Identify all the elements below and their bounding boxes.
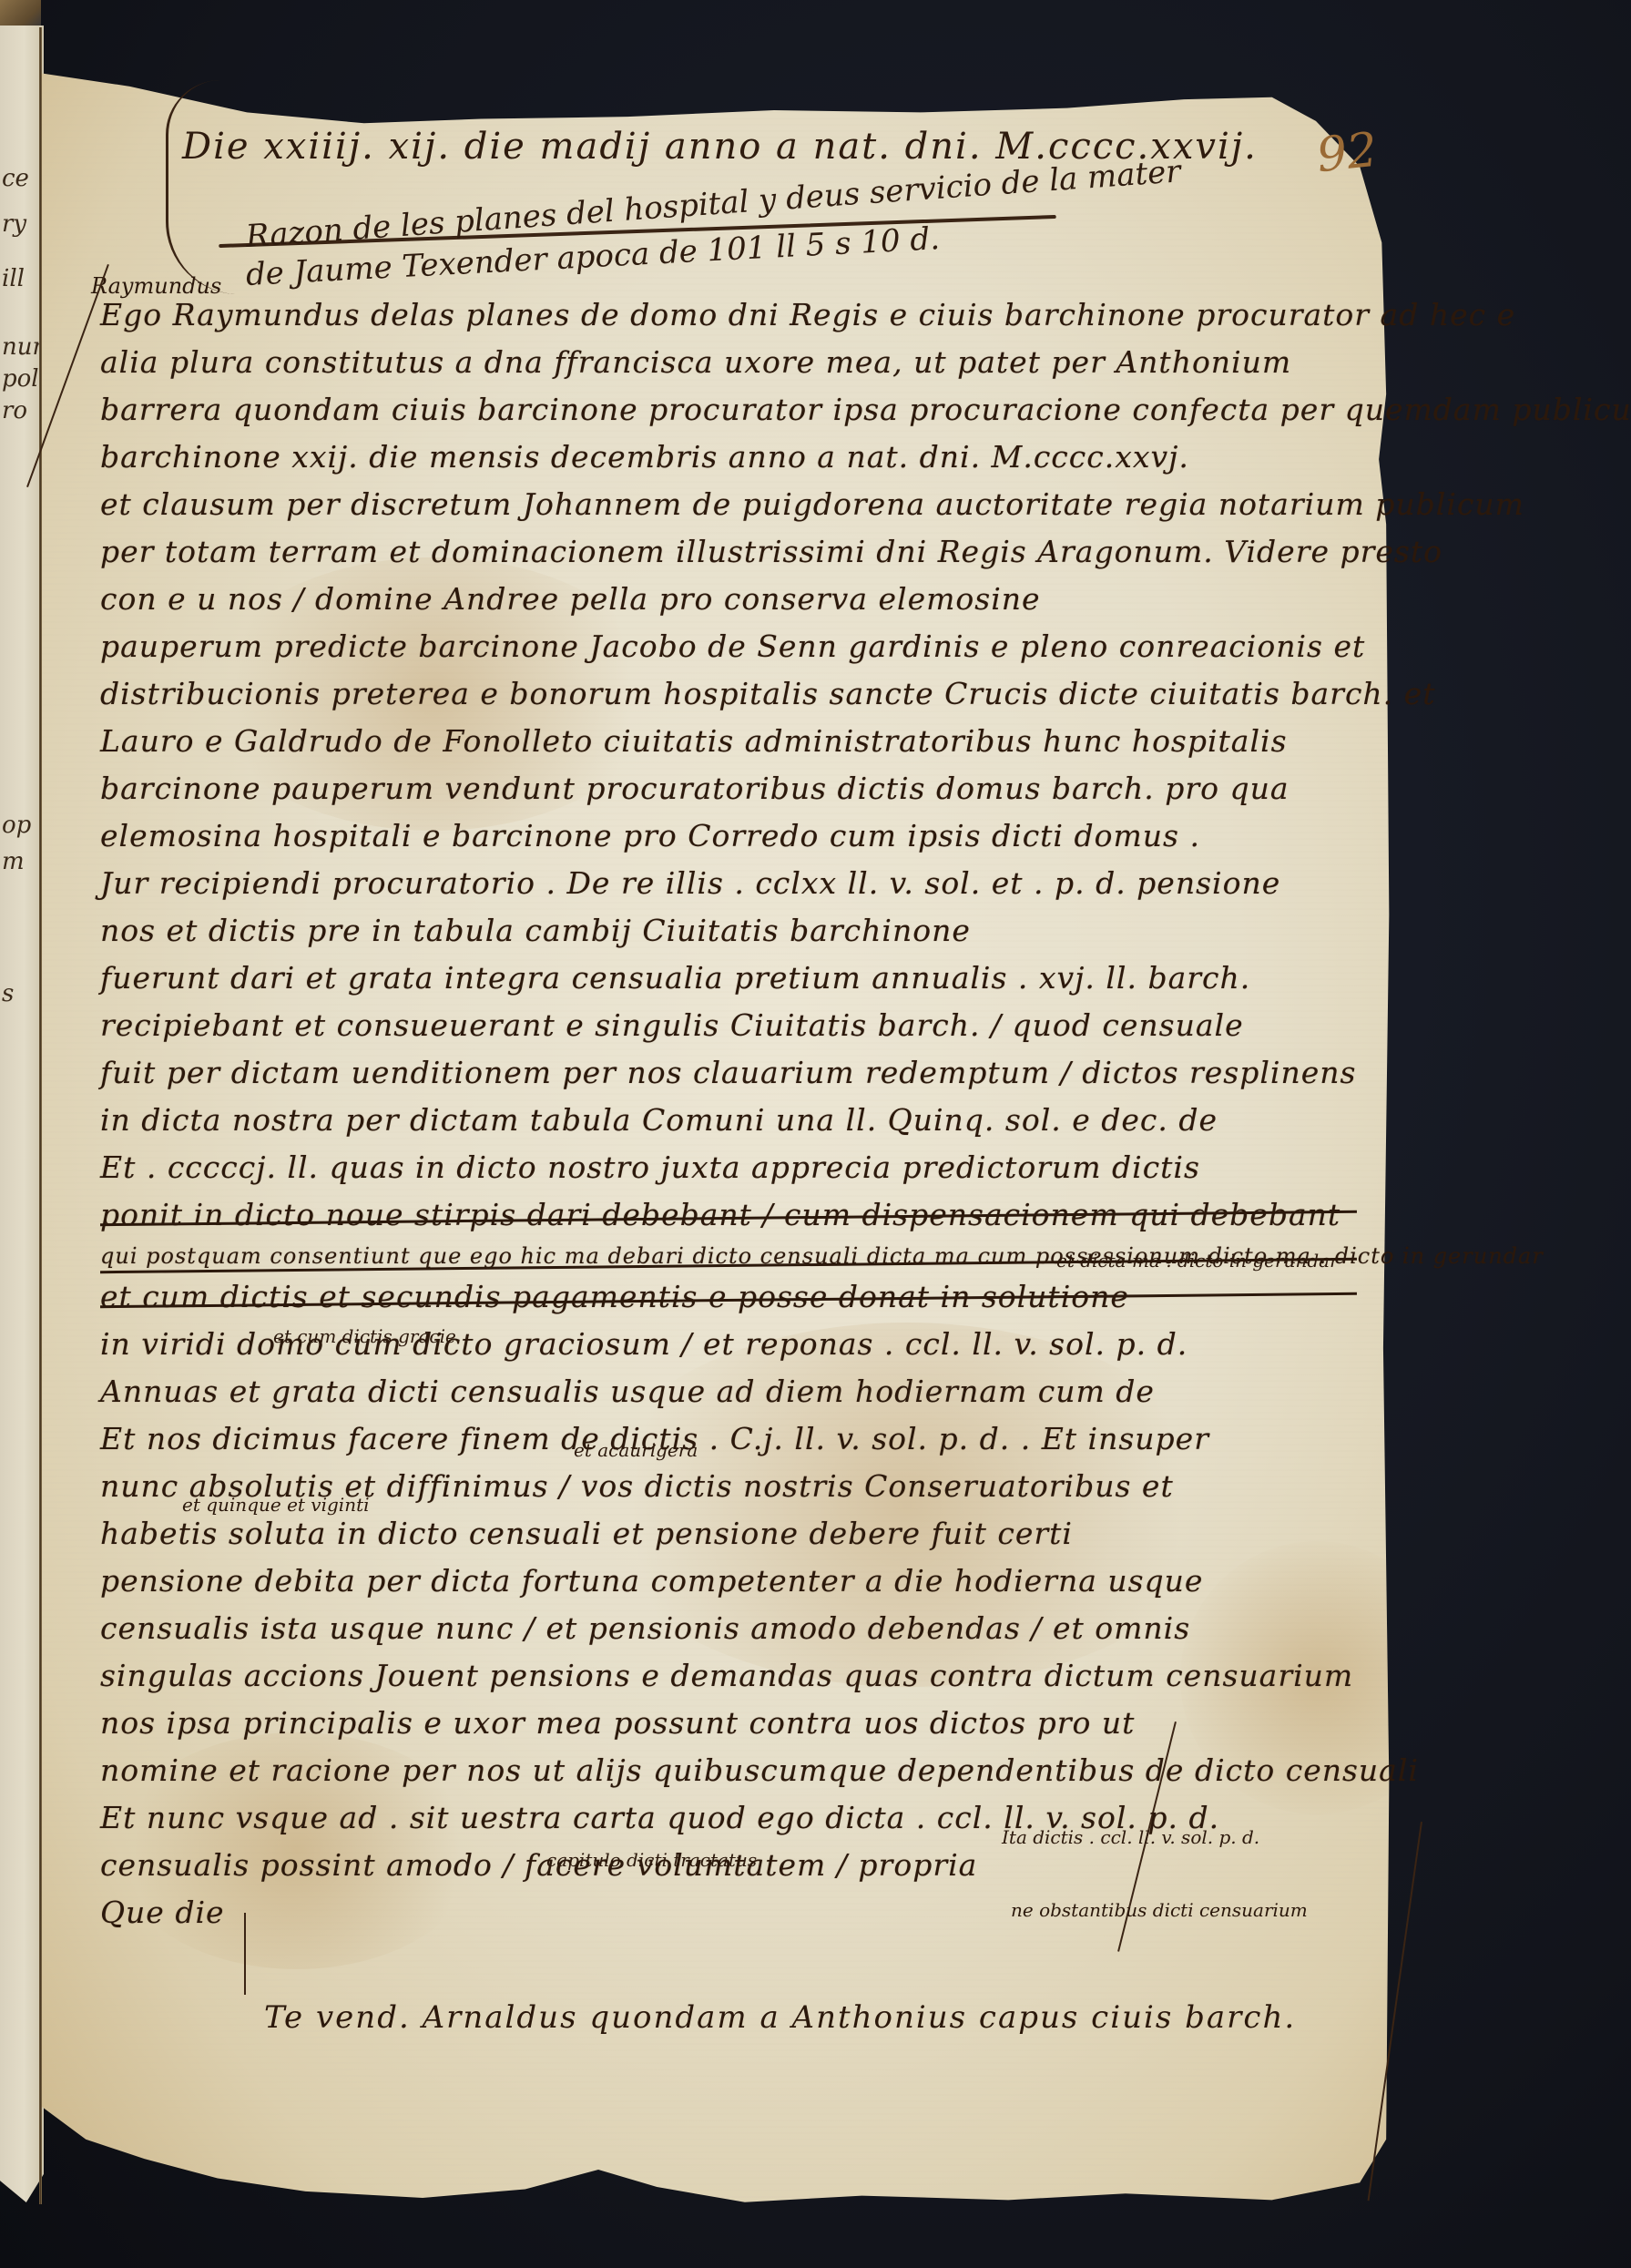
text-line: Annuas et grata dicti censualis usque ad… bbox=[100, 1368, 1412, 1415]
facing-page-fragment: pol bbox=[2, 367, 39, 391]
text-line: Jur recipiendi procuratorio . De re illi… bbox=[100, 860, 1412, 907]
facing-page-fragment: s bbox=[2, 982, 14, 1006]
interlinear-insertion: et cum dictis gracie bbox=[273, 1325, 456, 1347]
text-line: con e u nos / domine Andree pella pro co… bbox=[100, 576, 1412, 623]
text-line: nomine et racione per nos ut alijs quibu… bbox=[100, 1747, 1412, 1794]
text-line: habetis soluta in dicto censuali et pens… bbox=[100, 1510, 1412, 1558]
facing-page-fragment: op bbox=[2, 813, 31, 837]
text-line: pauperum predicte barcinone Jacobo de Se… bbox=[100, 623, 1412, 670]
text-line: et clausum per discretum Johannem de pui… bbox=[100, 481, 1412, 528]
document-body: Ego Raymundus delas planes de domo dni R… bbox=[100, 291, 1412, 1936]
text-line: elemosina hospitali e barcinone pro Corr… bbox=[100, 812, 1412, 860]
text-line: Lauro e Galdrudo de Fonolleto ciuitatis … bbox=[100, 718, 1412, 765]
text-line: Ego Raymundus delas planes de domo dni R… bbox=[100, 291, 1412, 339]
interlinear-insertion: Ita dictis . ccl. ll. v. sol. p. d. bbox=[1002, 1826, 1259, 1848]
text-line: singulas accions Jouent pensions e deman… bbox=[100, 1652, 1412, 1700]
book-gutter bbox=[39, 27, 42, 2204]
interlinear-insertion: et quinque et viginti bbox=[182, 1494, 370, 1516]
text-line: nos ipsa principalis e uxor mea possunt … bbox=[100, 1700, 1412, 1747]
text-line: barchinone xxij. die mensis decembris an… bbox=[100, 434, 1412, 481]
text-line: in dicta nostra per dictam tabula Comuni… bbox=[100, 1097, 1412, 1144]
struck-text-line: ponit in dicto noue stirpis dari debeban… bbox=[100, 1191, 1412, 1239]
text-line: pensione debita per dicta fortuna compet… bbox=[100, 1558, 1412, 1605]
facing-page-fragment: ry bbox=[2, 212, 26, 236]
closing-line: Te vend. Arnaldus quondam a Anthonius ca… bbox=[264, 1999, 1296, 2036]
text-line: alia plura constitutus a dna ffrancisca … bbox=[100, 339, 1412, 386]
facing-page-fragment: ill bbox=[2, 267, 25, 291]
text-line: nos et dictis pre in tabula cambij Ciuit… bbox=[100, 907, 1412, 955]
facing-page-fragment: ro bbox=[2, 399, 27, 423]
interlinear-insertion: et acaurigera bbox=[574, 1439, 698, 1461]
facing-page-fragment: m bbox=[2, 850, 25, 873]
text-line: recipiebant et consueuerant e singulis C… bbox=[100, 1002, 1412, 1049]
text-line: Et . cccccj. ll. quas in dicto nostro ju… bbox=[100, 1144, 1412, 1191]
interlinear-insertion: ne obstantibus dicti censuarium bbox=[1011, 1899, 1308, 1921]
text-line: barcinone pauperum vendunt procuratoribu… bbox=[100, 765, 1412, 812]
text-line: Et nos dicimus facere finem de dictis . … bbox=[100, 1415, 1412, 1463]
struck-text-line: et cum dictis et secundis pagamentis e p… bbox=[100, 1273, 1412, 1321]
folio-number: 92 bbox=[1314, 123, 1380, 184]
text-line: per totam terram et dominacionem illustr… bbox=[100, 528, 1412, 576]
facing-page-fragment: ce bbox=[2, 167, 29, 190]
text-line: censualis ista usque nunc / et pensionis… bbox=[100, 1605, 1412, 1652]
interlinear-insertion: capitulo dicti tractatus bbox=[546, 1849, 757, 1871]
text-line: fuit per dictam uenditionem per nos clau… bbox=[100, 1049, 1412, 1097]
text-line: fuerunt dari et grata integra censualia … bbox=[100, 955, 1412, 1002]
manuscript-viewer: ce ry ill num pol ro op m s 92 Die xxiii… bbox=[0, 0, 1631, 2268]
interlinear-insertion: et dicta ma . dicto in gerundar bbox=[1056, 1250, 1339, 1272]
facing-page: ce ry ill num pol ro op m s bbox=[0, 26, 44, 2202]
text-line: barrera quondam ciuis barcinone procurat… bbox=[100, 386, 1412, 434]
text-line: distribucionis preterea e bonorum hospit… bbox=[100, 670, 1412, 718]
